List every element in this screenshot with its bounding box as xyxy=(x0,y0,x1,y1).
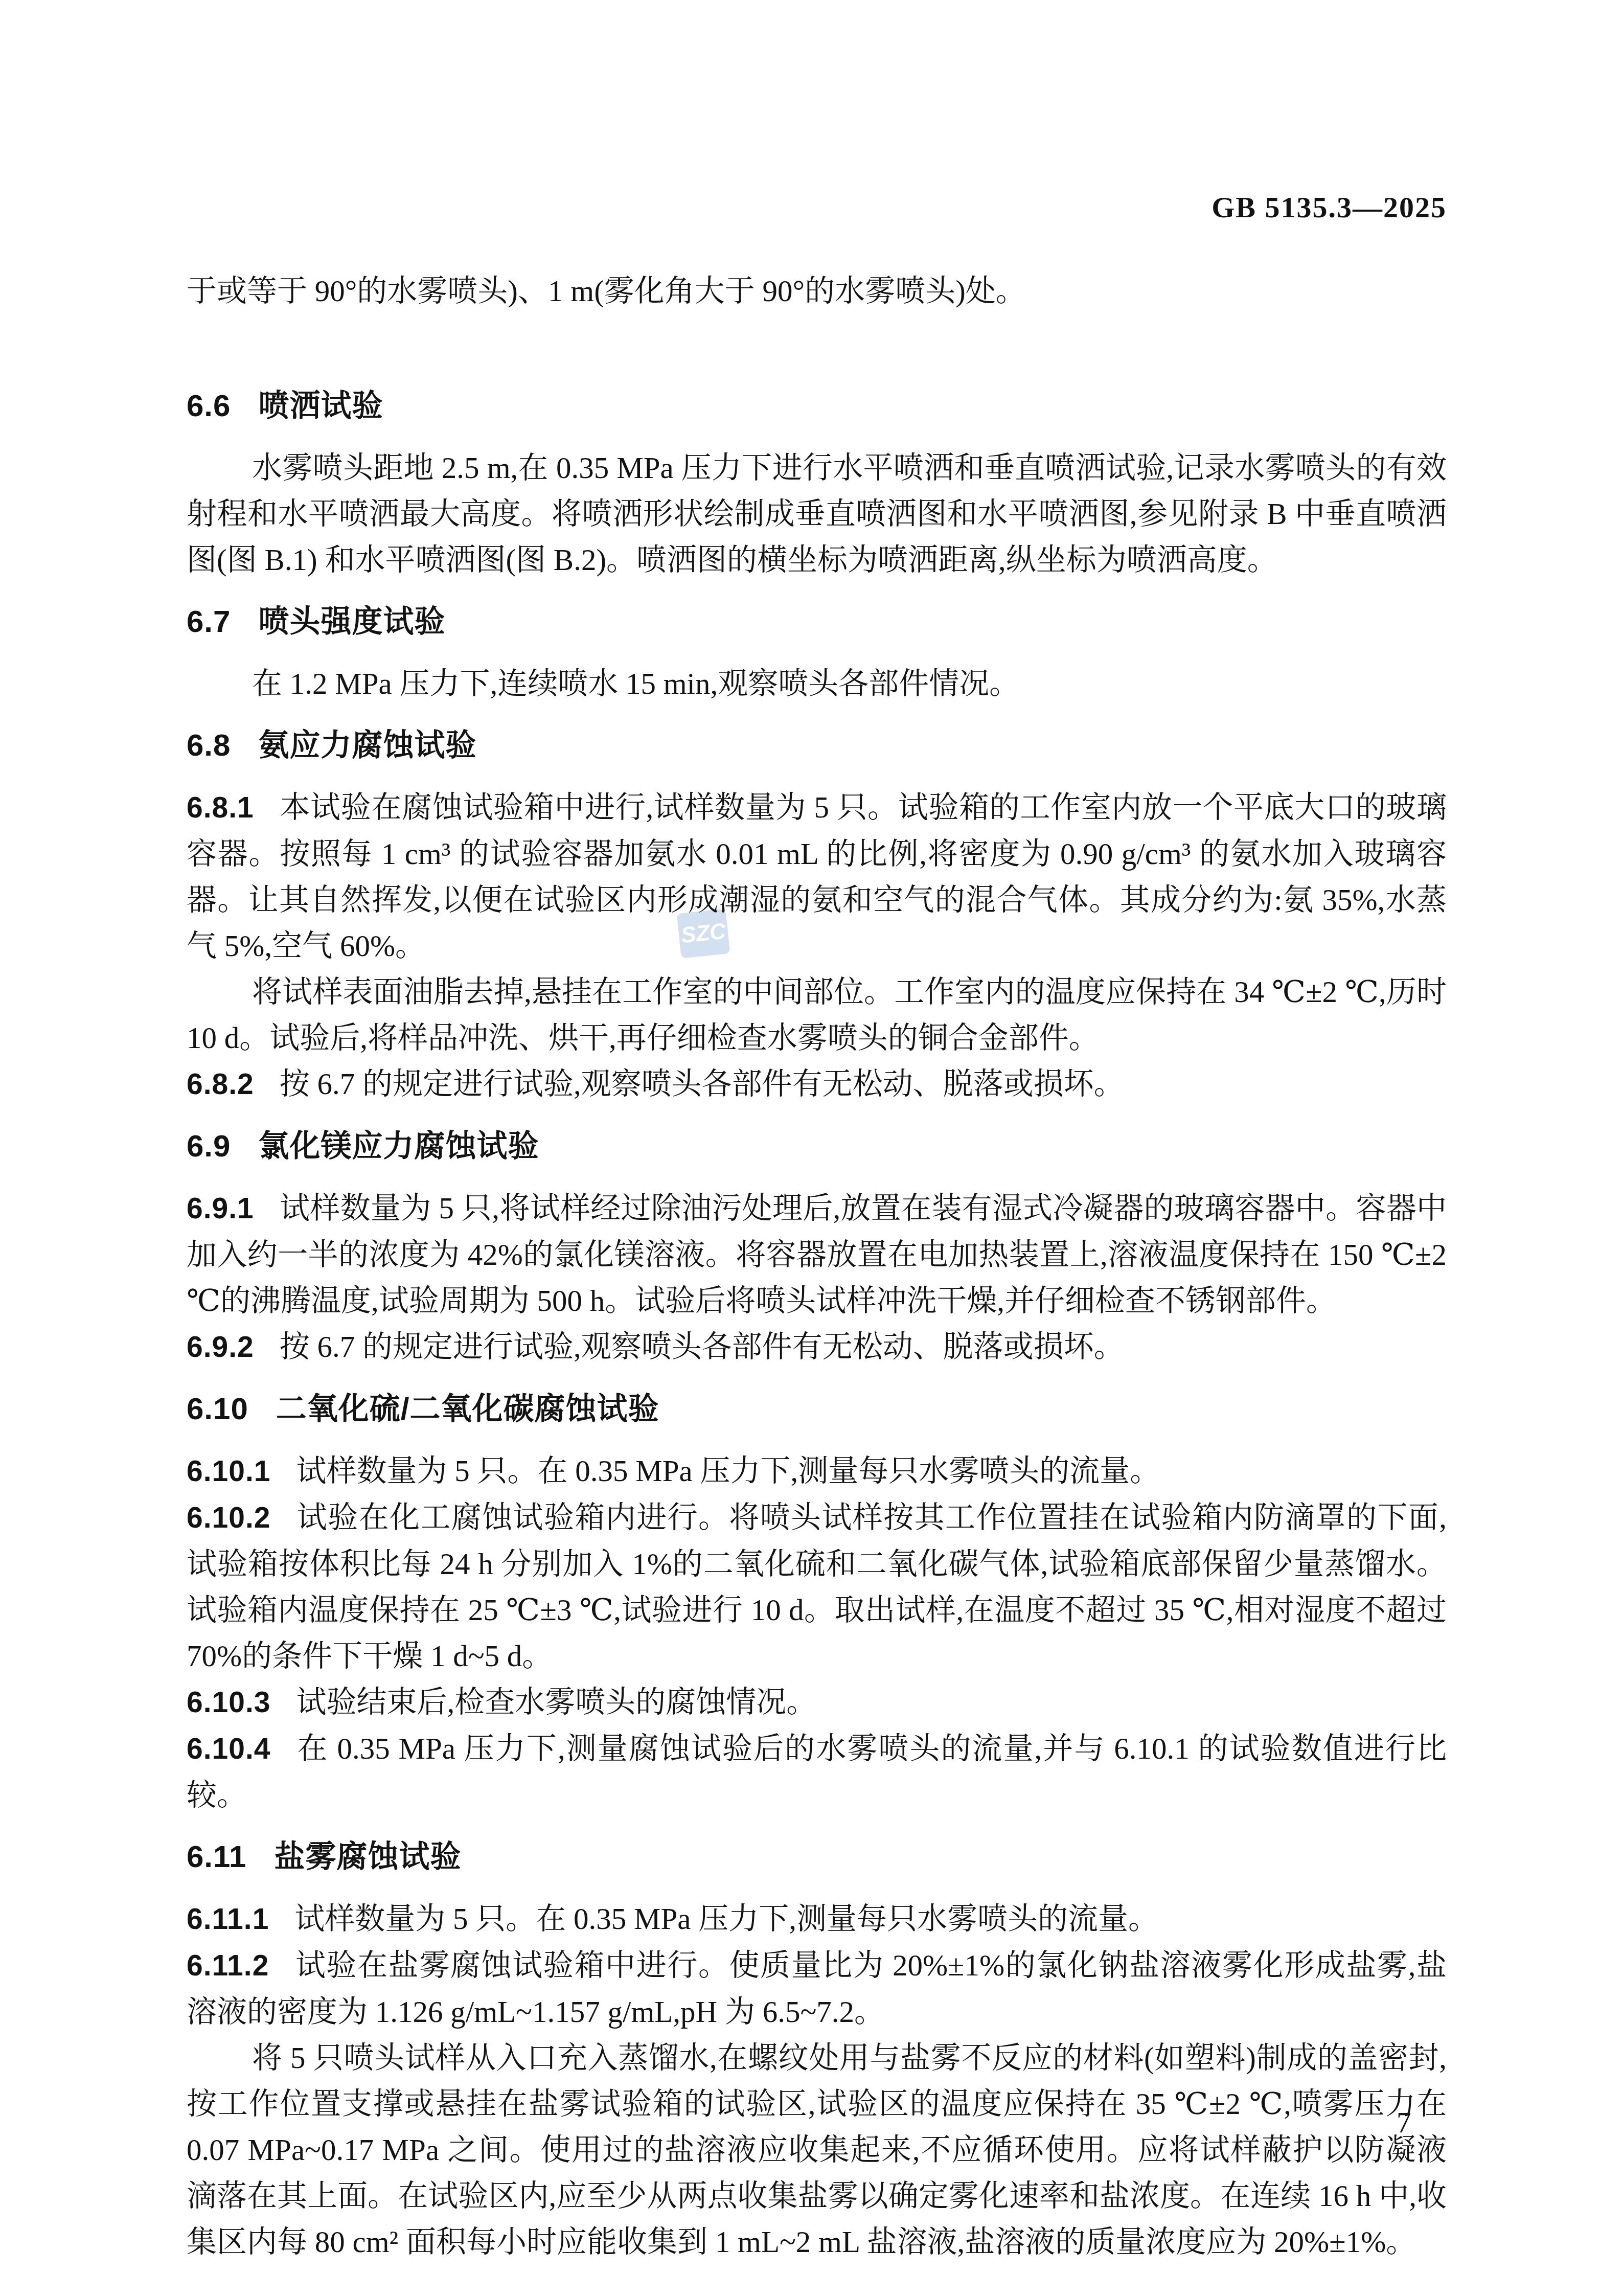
page-number: 7 xyxy=(1397,2106,1411,2140)
section-title: 氯化镁应力腐蚀试验 xyxy=(258,1129,539,1163)
standard-doc-number: GB 5135.3—2025 xyxy=(1211,190,1447,224)
section-title: 盐雾腐蚀试验 xyxy=(274,1839,461,1874)
section-title: 喷头强度试验 xyxy=(258,604,445,639)
clause-text: 试验在盐雾腐蚀试验箱中进行。使质量比为 20%±1%的氯化钠盐溶液雾化形成盐雾,… xyxy=(187,1948,1447,2029)
section-number: 6.11 xyxy=(187,1839,246,1874)
clause-6-11-1: 6.11.1试样数量为 5 只。在 0.35 MPa 压力下,测量每只水雾喷头的… xyxy=(187,1896,1447,1942)
page-body: 于或等于 90°的水雾喷头)、1 m(雾化角大于 90°的水雾喷头)处。 6.6… xyxy=(187,268,1447,2265)
section-heading-6-7: 6.7喷头强度试验 xyxy=(187,598,1447,645)
clause-text: 试样数量为 5 只。在 0.35 MPa 压力下,测量每只水雾喷头的流量。 xyxy=(296,1454,1160,1488)
clause-6-11-2: 6.11.2试验在盐雾腐蚀试验箱中进行。使质量比为 20%±1%的氯化钠盐溶液雾… xyxy=(187,1942,1447,2035)
section-heading-6-6: 6.6喷洒试验 xyxy=(187,382,1447,429)
section-heading-6-8: 6.8氨应力腐蚀试验 xyxy=(187,722,1447,769)
clause-number: 6.11.2 xyxy=(187,1949,269,1982)
paragraph-6-6: 水雾喷头距地 2.5 m,在 0.35 MPa 压力下进行水平喷洒和垂直喷洒试验… xyxy=(187,445,1447,583)
clause-6-8-1: 6.8.1本试验在腐蚀试验箱中进行,试样数量为 5 只。试验箱的工作室内放一个平… xyxy=(187,784,1447,969)
clause-text: 按 6.7 的规定进行试验,观察喷头各部件有无松动、脱落或损坏。 xyxy=(280,1067,1124,1101)
paragraph-6-7: 在 1.2 MPa 压力下,连续喷水 15 min,观察喷头各部件情况。 xyxy=(187,661,1447,707)
section-heading-6-9: 6.9氯化镁应力腐蚀试验 xyxy=(187,1123,1447,1170)
clause-6-10-3: 6.10.3试验结束后,检查水雾喷头的腐蚀情况。 xyxy=(187,1679,1447,1725)
clause-number: 6.8.2 xyxy=(187,1068,254,1101)
section-number: 6.7 xyxy=(187,604,231,639)
clause-text: 试验结束后,检查水雾喷头的腐蚀情况。 xyxy=(296,1685,816,1719)
clause-number: 6.9.2 xyxy=(187,1331,254,1363)
section-number: 6.6 xyxy=(187,389,231,423)
section-number: 6.10 xyxy=(187,1392,248,1426)
section-heading-6-11: 6.11盐雾腐蚀试验 xyxy=(187,1833,1447,1880)
section-number: 6.9 xyxy=(187,1129,231,1163)
clause-text: 本试验在腐蚀试验箱中进行,试样数量为 5 只。试验箱的工作室内放一个平底大口的玻… xyxy=(187,790,1447,963)
section-number: 6.8 xyxy=(187,728,231,762)
clause-number: 6.10.4 xyxy=(187,1733,270,1765)
document-page: GB 5135.3—2025 SZC 于或等于 90°的水雾喷头)、1 m(雾化… xyxy=(0,0,1623,2296)
clause-text: 试样数量为 5 只。在 0.35 MPa 压力下,测量每只水雾喷头的流量。 xyxy=(294,1902,1158,1936)
clause-6-9-2: 6.9.2按 6.7 的规定进行试验,观察喷头各部件有无松动、脱落或损坏。 xyxy=(187,1324,1447,1370)
section-heading-6-10: 6.10二氧化硫/二氧化碳腐蚀试验 xyxy=(187,1385,1447,1433)
clause-text: 在 0.35 MPa 压力下,测量腐蚀试验后的水雾喷头的流量,并与 6.10.1… xyxy=(187,1732,1447,1812)
clause-text: 按 6.7 的规定进行试验,观察喷头各部件有无松动、脱落或损坏。 xyxy=(280,1330,1124,1363)
section-title: 二氧化硫/二氧化碳腐蚀试验 xyxy=(276,1392,659,1426)
section-title: 喷洒试验 xyxy=(258,389,383,423)
clause-number: 6.10.3 xyxy=(187,1686,270,1719)
paragraph-6-8-1-cont: 将试样表面油脂去掉,悬挂在工作室的中间部位。工作室内的温度应保持在 34 ℃±2… xyxy=(187,969,1447,1061)
clause-number: 6.10.1 xyxy=(187,1455,270,1488)
clause-number: 6.10.2 xyxy=(187,1502,270,1534)
clause-6-10-2: 6.10.2试验在化工腐蚀试验箱内进行。将喷头试样按其工作位置挂在试验箱内防滴罩… xyxy=(187,1494,1447,1679)
clause-6-10-1: 6.10.1试样数量为 5 只。在 0.35 MPa 压力下,测量每只水雾喷头的… xyxy=(187,1448,1447,1494)
section-title: 氨应力腐蚀试验 xyxy=(258,728,476,762)
clause-6-8-2: 6.8.2按 6.7 的规定进行试验,观察喷头各部件有无松动、脱落或损坏。 xyxy=(187,1061,1447,1107)
clause-6-9-1: 6.9.1试样数量为 5 只,将试样经过除油污处理后,放置在装有湿式冷凝器的玻璃… xyxy=(187,1185,1447,1324)
clause-number: 6.11.1 xyxy=(187,1903,269,1936)
clause-number: 6.9.1 xyxy=(187,1192,254,1225)
continuation-line: 于或等于 90°的水雾喷头)、1 m(雾化角大于 90°的水雾喷头)处。 xyxy=(187,268,1447,314)
clause-text: 试验在化工腐蚀试验箱内进行。将喷头试样按其工作位置挂在试验箱内防滴罩的下面,试验… xyxy=(187,1501,1447,1673)
clause-6-10-4: 6.10.4在 0.35 MPa 压力下,测量腐蚀试验后的水雾喷头的流量,并与 … xyxy=(187,1725,1447,1818)
paragraph-6-11-2-cont: 将 5 只喷头试样从入口充入蒸馏水,在螺纹处用与盐雾不反应的材料(如塑料)制成的… xyxy=(187,2035,1447,2265)
clause-number: 6.8.1 xyxy=(187,791,254,824)
clause-text: 试样数量为 5 只,将试样经过除油污处理后,放置在装有湿式冷凝器的玻璃容器中。容… xyxy=(187,1191,1447,1317)
